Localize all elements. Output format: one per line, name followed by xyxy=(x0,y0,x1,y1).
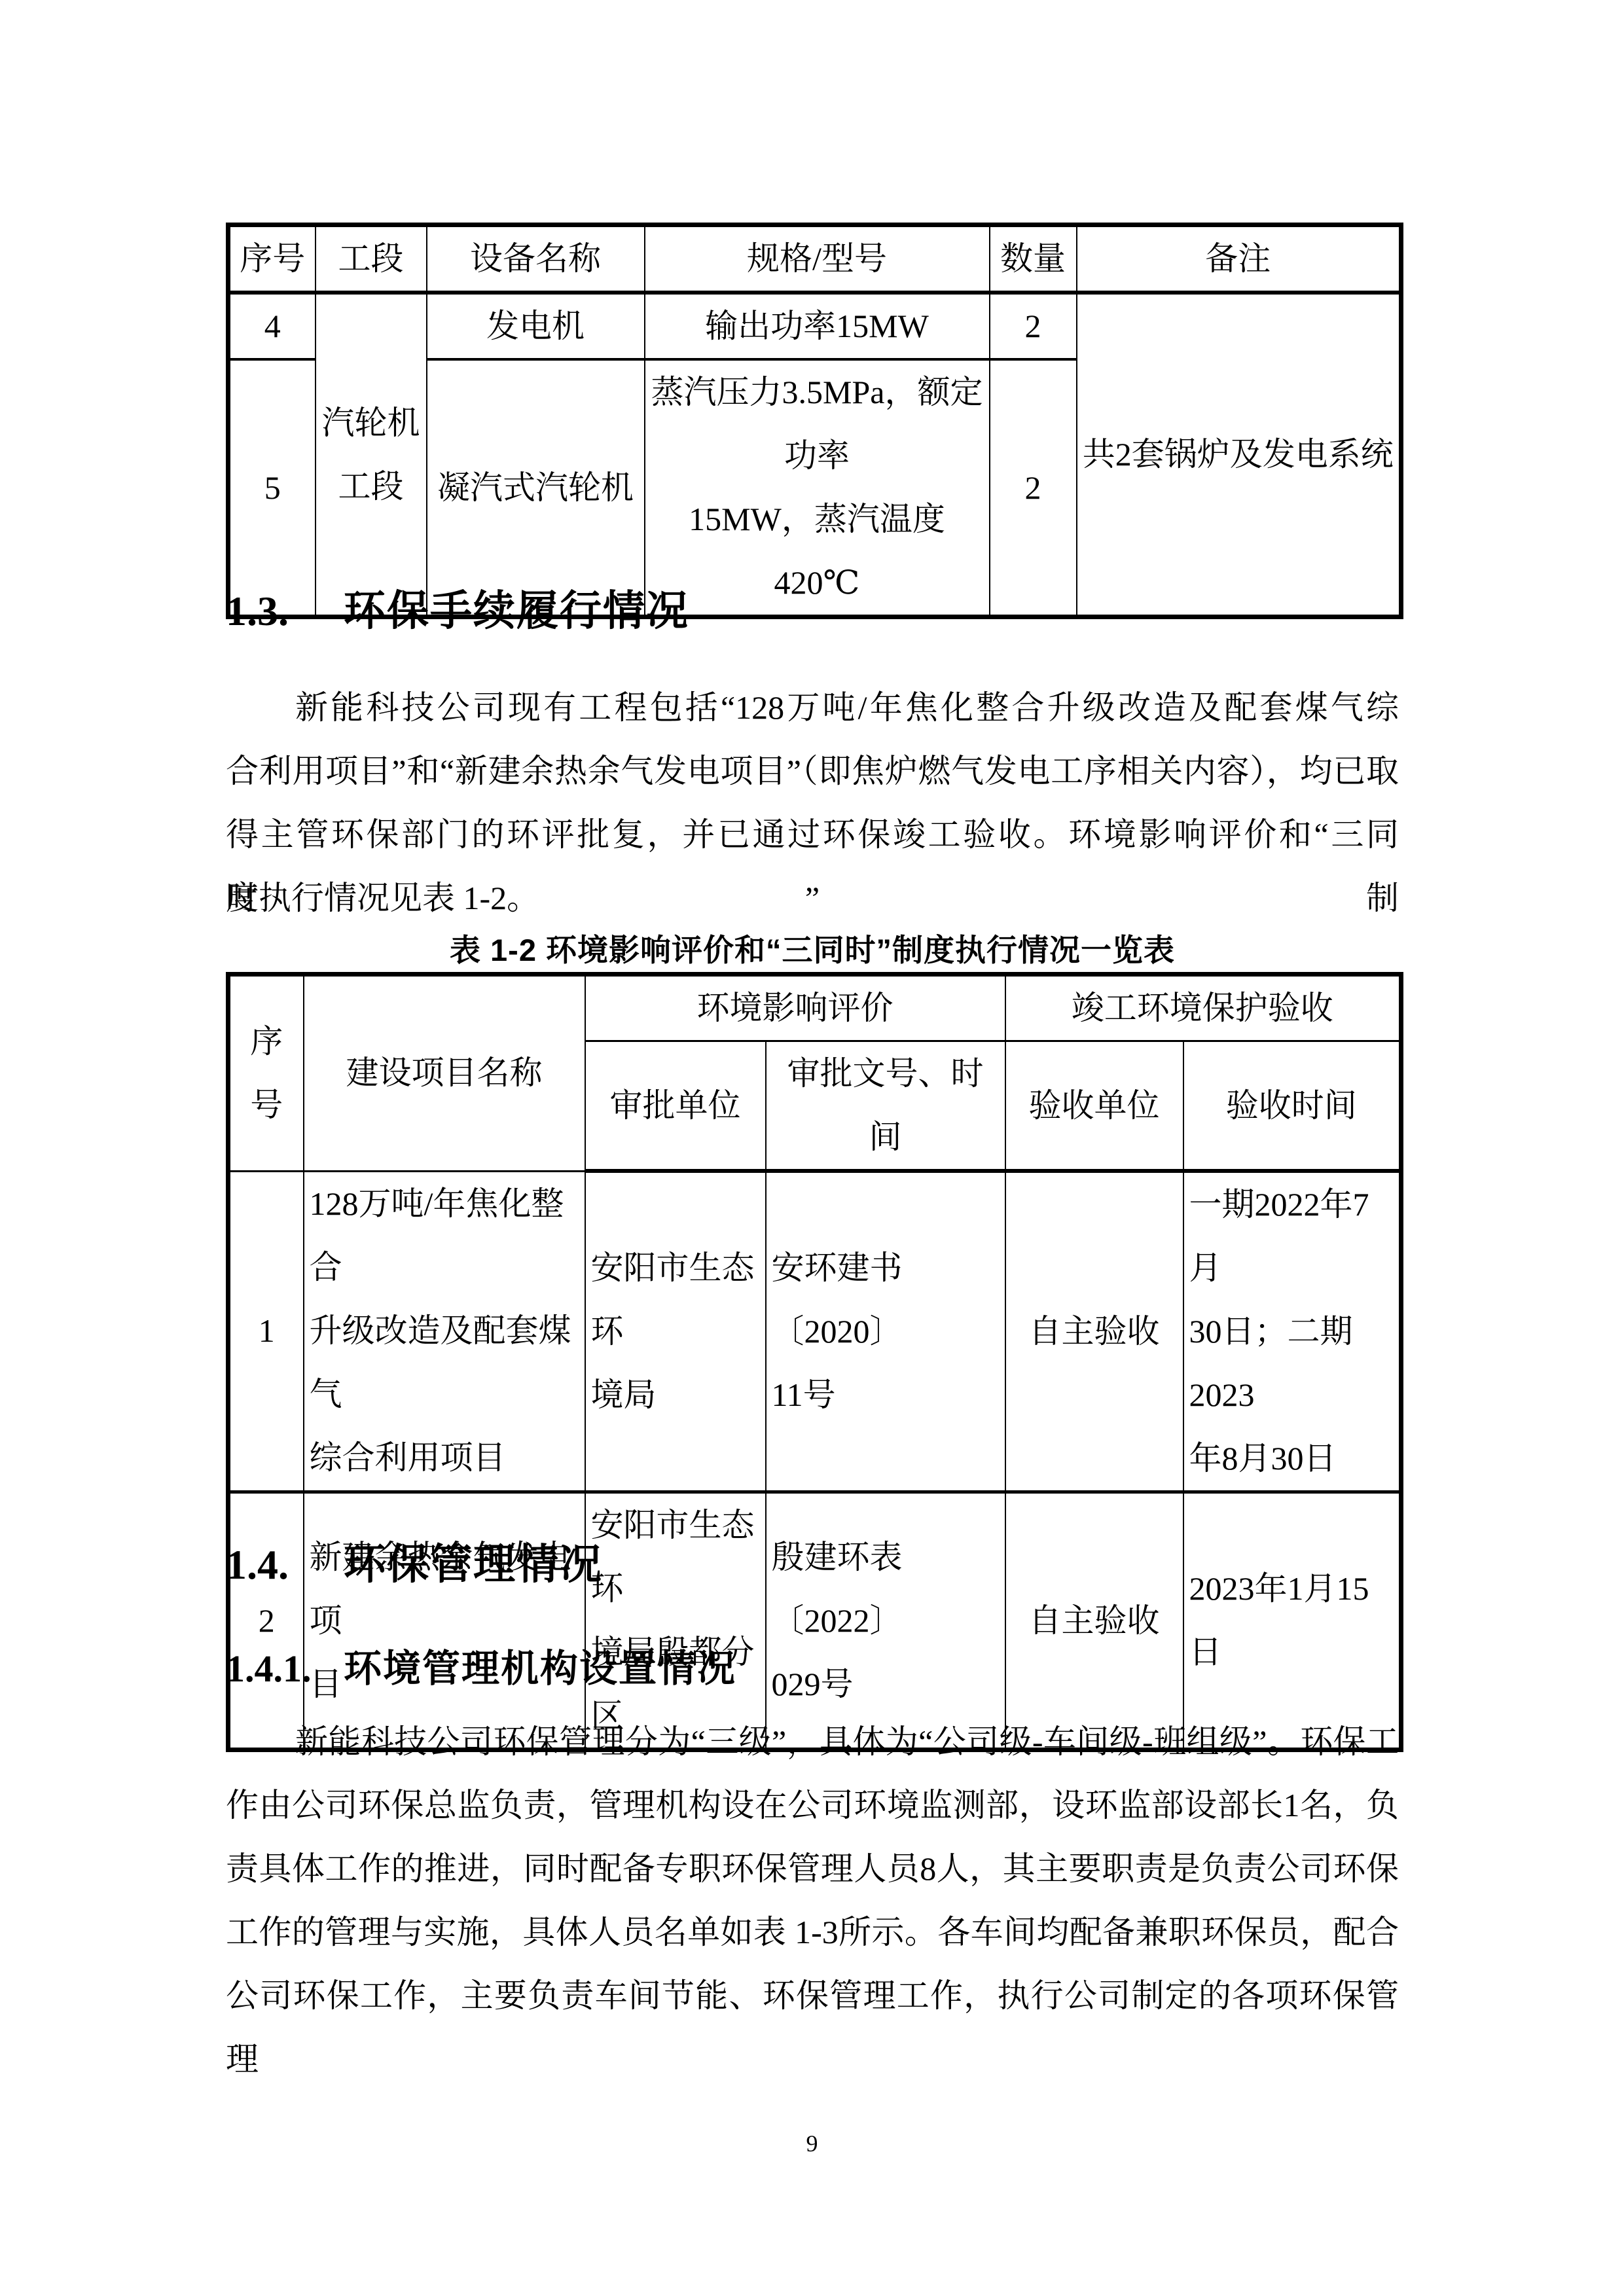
col-header-approval-doc: 审批文号、时间 xyxy=(766,1041,1005,1172)
col-header-qty: 数量 xyxy=(990,225,1077,293)
col-header-project-name: 建设项目名称 xyxy=(304,975,585,1172)
cell-no: 4 xyxy=(228,293,316,359)
cell-no: 5 xyxy=(228,359,316,617)
section-heading-1-3: 1.3.环保手续履行情况 xyxy=(226,588,1399,634)
table-row: 4 汽轮机 工段 发电机 输出功率15MW 2 共2套锅炉及发电系统 xyxy=(228,293,1401,359)
page-number: 9 xyxy=(0,2130,1624,2157)
cell-section: 汽轮机 工段 xyxy=(316,293,427,617)
cell-note: 共2套锅炉及发电系统 xyxy=(1077,293,1401,617)
col-group-eia: 环境影响评价 xyxy=(585,975,1005,1041)
col-header-no: 序号 xyxy=(228,975,304,1172)
col-header-acceptance-unit: 验收单位 xyxy=(1005,1041,1183,1172)
eia-table-header-row-1: 序号 建设项目名称 环境影响评价 竣工环境保护验收 xyxy=(228,975,1401,1041)
col-header-approval-unit: 审批单位 xyxy=(585,1041,766,1172)
col-header-device: 设备名称 xyxy=(427,225,645,293)
cell-no: 1 xyxy=(228,1171,304,1492)
section-number: 1.3. xyxy=(226,588,344,634)
col-header-note: 备注 xyxy=(1077,225,1401,293)
col-header-acceptance-time: 验收时间 xyxy=(1183,1041,1401,1172)
section-heading-1-4: 1.4.环保管理情况 xyxy=(226,1541,1399,1588)
document-page: 序号 工段 设备名称 规格/型号 数量 备注 4 汽轮机 工段 发电机 输出功率… xyxy=(0,0,1624,2296)
cell-spec: 输出功率15MW xyxy=(645,293,990,359)
paragraph-2: 新能科技公司环保管理分为“三级”，具体为“公司级-车间级-班组级”。环保工 作由… xyxy=(226,1710,1399,2028)
section-heading-1-4-1: 1.4.1.环境管理机构设置情况 xyxy=(226,1648,1399,1690)
section-number: 1.4. xyxy=(226,1542,344,1588)
cell-approval-unit: 安阳市生态环 境局 xyxy=(585,1171,766,1492)
cell-device: 凝汽式汽轮机 xyxy=(427,359,645,617)
table-row: 1 128万吨/年焦化整合 升级改造及配套煤气 综合利用项目 安阳市生态环 境局… xyxy=(228,1171,1401,1492)
col-group-acceptance: 竣工环境保护验收 xyxy=(1005,975,1401,1041)
section-number: 1.4.1. xyxy=(226,1648,344,1690)
section-title: 环保手续履行情况 xyxy=(344,587,689,634)
section-title: 环境管理机构设置情况 xyxy=(344,1647,736,1690)
paragraph-line: 得主管环保部门的环评批复，并已通过环保竣工验收。环境影响评价和“三同时”制 xyxy=(226,803,1399,867)
paragraph-line: 新能科技公司环保管理分为“三级”，具体为“公司级-车间级-班组级”。环保工 xyxy=(226,1710,1399,1774)
cell-approval-doc: 安环建书〔2020〕 11号 xyxy=(766,1171,1005,1492)
paragraph-1: 新能科技公司现有工程包括“128万吨/年焦化整合升级改造及配套煤气综 合利用项目… xyxy=(226,676,1399,930)
col-header-spec: 规格/型号 xyxy=(645,225,990,293)
cell-project-name: 128万吨/年焦化整合 升级改造及配套煤气 综合利用项目 xyxy=(304,1171,585,1492)
cell-acceptance-time: 一期2022年7月 30日；二期2023 年8月30日 xyxy=(1183,1171,1401,1492)
cell-qty: 2 xyxy=(990,359,1077,617)
paragraph-line: 作由公司环保总监负责，管理机构设在公司环境监测部，设环监部设部长1名，负 xyxy=(226,1774,1399,1837)
eia-acceptance-table: 序号 建设项目名称 环境影响评价 竣工环境保护验收 审批单位 审批文号、时间 验… xyxy=(226,972,1403,1752)
cell-device: 发电机 xyxy=(427,293,645,359)
paragraph-line: 合利用项目”和“新建余热余气发电项目”（即焦炉燃气发电工序相关内容），均已取 xyxy=(226,740,1399,803)
col-header-no: 序号 xyxy=(228,225,316,293)
cell-spec: 蒸汽压力3.5MPa，额定功率 15MW，蒸汽温度420℃ xyxy=(645,359,990,617)
paragraph-line: 责具体工作的推进，同时配备专职环保管理人员8人，其主要职责是负责公司环保 xyxy=(226,1837,1399,1901)
cell-acceptance-unit: 自主验收 xyxy=(1005,1171,1183,1492)
equipment-table: 序号 工段 设备名称 规格/型号 数量 备注 4 汽轮机 工段 发电机 输出功率… xyxy=(226,223,1403,619)
paragraph-line: 工作的管理与实施，具体人员名单如表 1-3所示。各车间均配备兼职环保员，配合 xyxy=(226,1901,1399,1964)
paragraph-line: 新能科技公司现有工程包括“128万吨/年焦化整合升级改造及配套煤气综 xyxy=(226,676,1399,740)
cell-qty: 2 xyxy=(990,293,1077,359)
table-1-2-caption: 表 1-2 环境影响评价和“三同时”制度执行情况一览表 xyxy=(226,932,1399,968)
paragraph-line: 公司环保工作，主要负责车间节能、环保管理工作，执行公司制定的各项环保管理 xyxy=(226,1964,1399,2028)
col-header-section: 工段 xyxy=(316,225,427,293)
section-title: 环保管理情况 xyxy=(344,1541,603,1588)
equipment-table-header-row: 序号 工段 设备名称 规格/型号 数量 备注 xyxy=(228,225,1401,293)
